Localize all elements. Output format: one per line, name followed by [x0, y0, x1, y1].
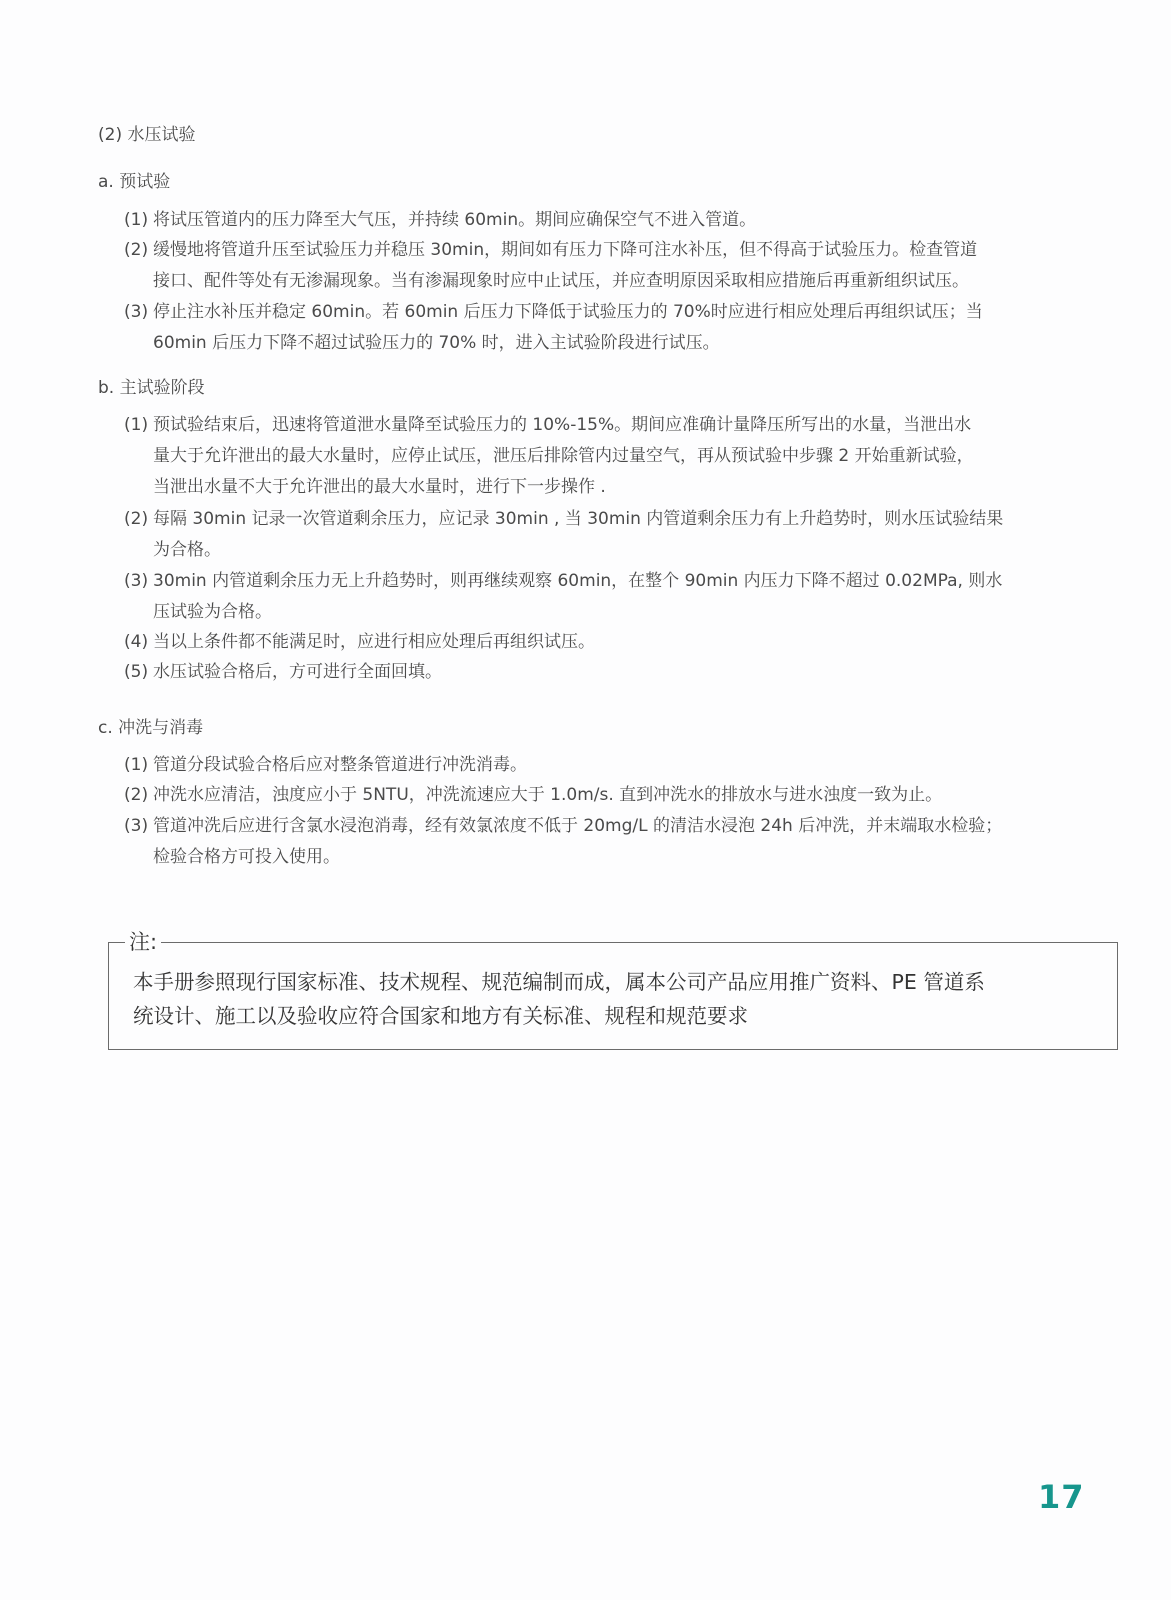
item-text: 将试压管道内的压力降至大气压，并持续 60min。期间应确保空气不进入管道。	[153, 210, 756, 230]
item-text: 量大于允许泄出的最大水量时，应停止试压，泄压后排除管内过量空气，再从预试验中步骤…	[124, 441, 1084, 472]
item-text: 30min 内管道剩余压力无上升趋势时，则再继续观察 60min，在整个 90m…	[153, 571, 1002, 591]
list-item: (3)停止注水补压并稳定 60min。若 60min 后压力下降低于试验压力的 …	[124, 297, 1084, 359]
list-item: (5)水压试验合格后，方可进行全面回填。	[124, 657, 1084, 688]
list-item: (3)30min 内管道剩余压力无上升趋势时，则再继续观察 60min，在整个 …	[124, 566, 1084, 628]
item-number: (5)	[124, 657, 153, 688]
item-text: 停止注水补压并稳定 60min。若 60min 后压力下降低于试验压力的 70%…	[153, 302, 983, 322]
list-item: (1)预试验结束后，迅速将管道泄水量降至试验压力的 10%-15%。期间应准确计…	[124, 410, 1084, 503]
item-text: 缓慢地将管道升压至试验压力并稳压 30min，期间如有压力下降可注水补压，但不得…	[153, 240, 977, 260]
note-line: 本手册参照现行国家标准、技术规程、规范编制而成，属本公司产品应用推广资料、PE …	[133, 965, 985, 999]
item-text: 压试验为合格。	[124, 597, 1084, 628]
item-number: (2)	[124, 504, 153, 535]
item-text: 预试验结束后，迅速将管道泄水量降至试验压力的 10%-15%。期间应准确计量降压…	[153, 415, 971, 435]
item-text: 当以上条件都不能满足时，应进行相应处理后再组织试压。	[153, 632, 595, 652]
item-number: (1)	[124, 410, 153, 441]
list-item: (1)管道分段试验合格后应对整条管道进行冲洗消毒。	[124, 750, 1084, 781]
item-number: (1)	[124, 750, 153, 781]
item-number: (3)	[124, 566, 153, 597]
item-number: (3)	[124, 811, 153, 842]
item-number: (2)	[124, 780, 153, 811]
list-item: (2)缓慢地将管道升压至试验压力并稳压 30min，期间如有压力下降可注水补压，…	[124, 235, 1084, 297]
section-title: (2) 水压试验	[98, 125, 195, 145]
list-item: (3)管道冲洗后应进行含氯水浸泡消毒，经有效氯浓度不低于 20mg/L 的清洁水…	[124, 811, 1084, 873]
item-text: 检验合格方可投入使用。	[124, 842, 1084, 873]
list-item: (2)每隔 30min 记录一次管道剩余压力，应记录 30min , 当 30m…	[124, 504, 1084, 566]
note-title: 注:	[125, 928, 161, 956]
item-number: (4)	[124, 627, 153, 658]
subsection-heading-a: a. 预试验	[98, 172, 170, 192]
page-number: 17	[1038, 1478, 1085, 1516]
item-text: 为合格。	[124, 535, 1084, 566]
item-text: 60min 后压力下降不超过试验压力的 70% 时，进入主试验阶段进行试压。	[124, 328, 1084, 359]
item-text: 水压试验合格后，方可进行全面回填。	[153, 662, 442, 682]
note-text: 本手册参照现行国家标准、技术规程、规范编制而成，属本公司产品应用推广资料、PE …	[133, 965, 985, 1033]
item-number: (1)	[124, 205, 153, 236]
subsection-heading-b: b. 主试验阶段	[98, 378, 205, 398]
item-number: (2)	[124, 235, 153, 266]
item-text: 管道分段试验合格后应对整条管道进行冲洗消毒。	[153, 755, 527, 775]
item-number: (3)	[124, 297, 153, 328]
note-line: 统设计、施工以及验收应符合国家和地方有关标准、规程和规范要求	[133, 999, 985, 1033]
subsection-heading-c: c. 冲洗与消毒	[98, 718, 203, 738]
item-text: 当泄出水量不大于允许泄出的最大水量时，进行下一步操作 .	[124, 472, 1084, 503]
item-text: 每隔 30min 记录一次管道剩余压力，应记录 30min , 当 30min …	[153, 509, 1003, 529]
list-item: (4)当以上条件都不能满足时，应进行相应处理后再组织试压。	[124, 627, 1084, 658]
item-text: 管道冲洗后应进行含氯水浸泡消毒，经有效氯浓度不低于 20mg/L 的清洁水浸泡 …	[153, 816, 1002, 836]
item-text: 接口、配件等处有无渗漏现象。当有渗漏现象时应中止试压，并应查明原因采取相应措施后…	[124, 266, 1084, 297]
item-text: 冲洗水应清洁，浊度应小于 5NTU，冲洗流速应大于 1.0m/s. 直到冲洗水的…	[153, 785, 942, 805]
list-item: (2)冲洗水应清洁，浊度应小于 5NTU，冲洗流速应大于 1.0m/s. 直到冲…	[124, 780, 1084, 811]
list-item: (1)将试压管道内的压力降至大气压，并持续 60min。期间应确保空气不进入管道…	[124, 205, 1084, 236]
